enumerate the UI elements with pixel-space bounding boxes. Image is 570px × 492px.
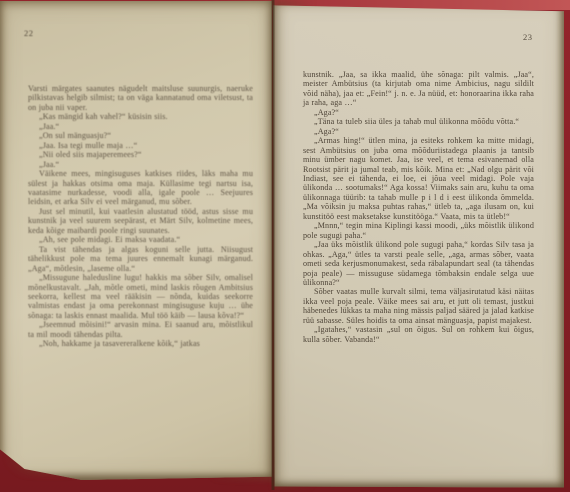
paragraph: „Noh, hakkame ja tasavereralkene kõik,“ … (28, 339, 253, 348)
left-page-number: 22 (24, 28, 34, 38)
paragraph: kunstnik. „Jaa, sa ikka maalid, ühe sõna… (303, 70, 534, 108)
book-spread-photo: 22 Varsti märgates saanutes nägudelt mai… (0, 0, 570, 492)
paragraph: Väikene mees, mingisuguses katkises riid… (28, 169, 253, 207)
paragraph: „On sul mänguasju?“ (28, 131, 253, 140)
paragraph: „Igatahes,“ vastasin „sul on õigus. Sul … (303, 325, 534, 344)
left-page-text: Varsti märgates saanutes nägudelt maitsl… (28, 84, 253, 349)
paragraph: „Täna ta tuleb siia üles ja tahab mul ül… (303, 117, 534, 126)
paragraph: „Mnnn,“ tegin mina Kiplingi kassi moodi,… (303, 221, 534, 240)
paragraph: „Jaa. Isa tegi mulle maja …“ (28, 141, 253, 150)
right-page-number: 23 (523, 32, 533, 42)
paragraph: Varsti märgates saanutes nägudelt maitsl… (28, 84, 253, 112)
binding-gutter-line (271, 0, 275, 490)
paragraph: „Nii oled siis majaperemees?“ (28, 150, 253, 159)
paragraph: „Jaa üks mõistlik ülikond pole sugugi pa… (303, 240, 534, 287)
paragraph: „Aga?“ (303, 108, 534, 117)
paragraph: „Kas mängid kah vahel?“ küsisin siis. (28, 112, 253, 121)
paragraph: Sõber vaatas mulle kurvalt silmi, tema v… (303, 287, 534, 325)
paragraph: Ta vist tähendas ja algas koguni selle j… (28, 245, 253, 273)
paragraph: Just sel minutil, kui vaatlesin alustatu… (28, 207, 253, 235)
paragraph: „Jaa.“ (28, 160, 253, 169)
paragraph: „Ah, see pole midagi. Ei maksa vaadata.“ (28, 235, 253, 244)
right-page: 23 kunstnik. „Jaa, sa ikka maalid, ühe s… (273, 0, 564, 488)
paragraph: „Jseemnud mõisini!“ arvasin mina. Ei saa… (28, 320, 253, 339)
right-page-text: kunstnik. „Jaa, sa ikka maalid, ühe sõna… (303, 70, 534, 344)
paragraph: „Aga?“ (303, 127, 534, 136)
paragraph: „Missugune haledusline lugu! hakkis ma s… (28, 273, 253, 320)
left-page: 22 Varsti märgates saanutes nägudelt mai… (0, 1, 272, 480)
paragraph: „Jaa.“ (28, 122, 253, 131)
paragraph: „Armas hing!“ ütlen mina, ja esiteks roh… (303, 136, 534, 221)
